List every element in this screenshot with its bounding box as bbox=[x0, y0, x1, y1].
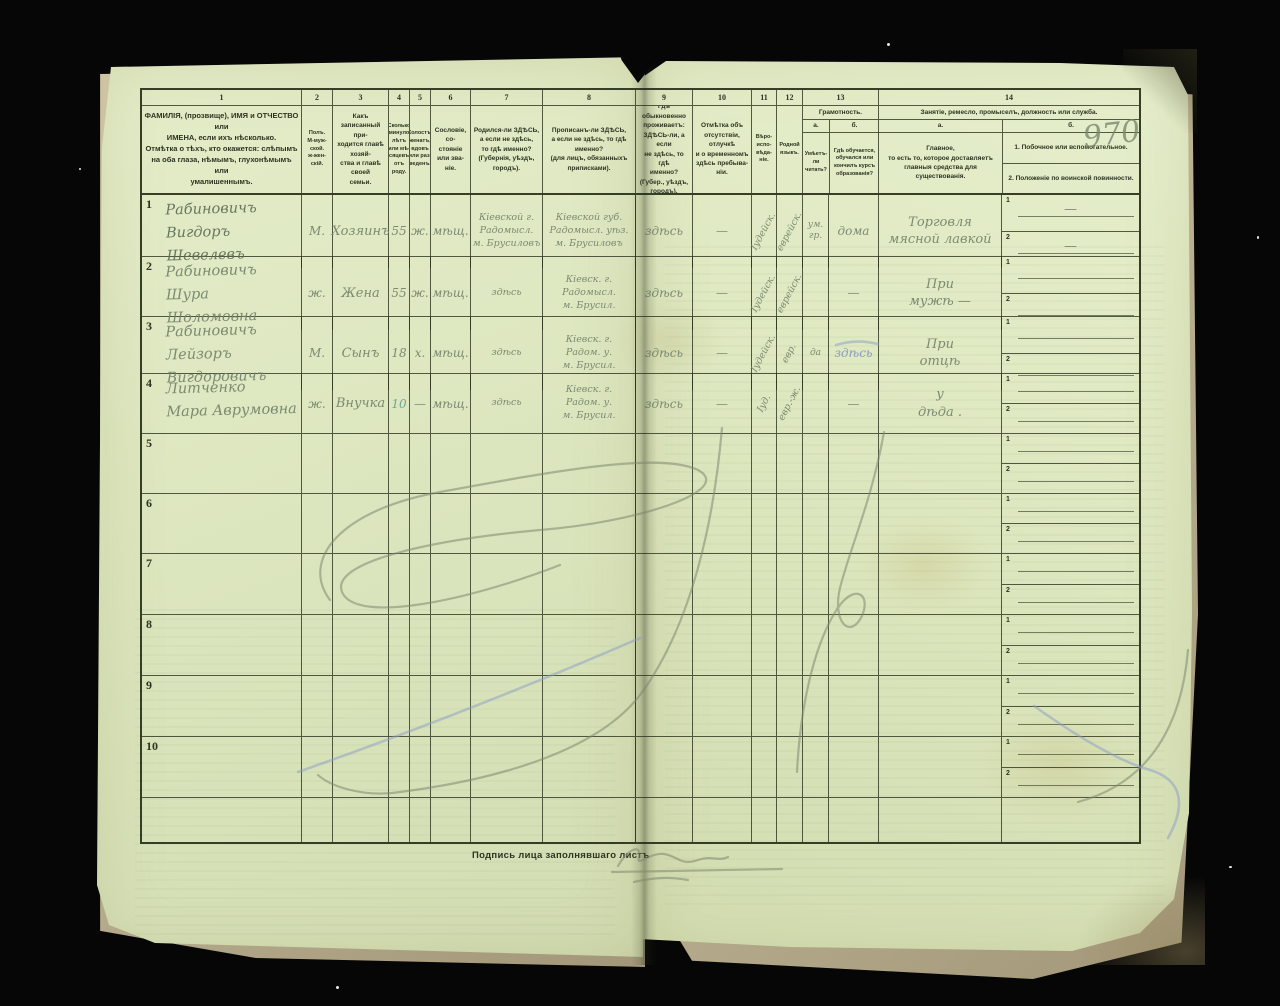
cell-side-occupation: 12 bbox=[1002, 434, 1139, 493]
book-fold-shadow bbox=[631, 51, 657, 965]
cell-sex bbox=[302, 615, 333, 675]
handwritten-value: 55 bbox=[391, 224, 406, 238]
handwritten-value: здѣсь bbox=[491, 287, 521, 300]
footer-cell bbox=[777, 798, 803, 842]
column-number: 13 bbox=[803, 90, 879, 105]
writing-line bbox=[1018, 391, 1134, 392]
header-literacy-where: Гдѣ обучается, обучался или кончилъ курс… bbox=[830, 133, 879, 193]
side-occupation-subcell: 1 bbox=[1002, 615, 1139, 646]
cell-reads bbox=[803, 494, 829, 553]
handwritten-name bbox=[142, 434, 166, 438]
open-ledger-book: 1 2 3 4 5 6 7 8 9 10 11 12 13 14 ФАМИЛІЯ… bbox=[95, 45, 1200, 970]
handwritten-name bbox=[142, 737, 166, 741]
cell-estate: мѣщ. bbox=[431, 374, 471, 433]
cell-studied bbox=[829, 554, 879, 614]
column-number: 12 bbox=[777, 90, 803, 105]
column-number: 3 bbox=[333, 90, 389, 105]
handwritten-name bbox=[142, 676, 166, 680]
cell-age bbox=[389, 494, 410, 553]
handwritten-value: у дѣда . bbox=[918, 386, 962, 421]
cell-occupation bbox=[879, 554, 1002, 614]
header-religion: Вѣро- испо- вѣда- ніе. bbox=[752, 106, 777, 193]
handwritten-value: Торговля мясной лавкой bbox=[888, 214, 991, 249]
cell-age: 10 bbox=[389, 374, 410, 433]
cell-occupation bbox=[879, 434, 1002, 493]
handwritten-value: евр. bbox=[780, 342, 799, 365]
handwritten-value: — bbox=[716, 397, 728, 411]
handwritten-value: При отцѣ bbox=[920, 336, 961, 371]
handwritten-value: дома bbox=[838, 224, 870, 238]
cell-absence bbox=[693, 676, 752, 736]
writing-line bbox=[1018, 571, 1134, 572]
handwritten-value: да bbox=[810, 348, 821, 359]
cell-absence bbox=[693, 737, 752, 797]
side-occupation-subcell: 1 bbox=[1002, 434, 1139, 464]
cell-side-occupation: 12 bbox=[1002, 615, 1139, 675]
cell-relation: Внучка bbox=[333, 374, 389, 433]
footer-cell bbox=[389, 798, 410, 842]
writing-line bbox=[1018, 278, 1134, 279]
column-number: 1 bbox=[142, 90, 302, 105]
footer-cell bbox=[829, 798, 879, 842]
row-number: 10 bbox=[146, 739, 158, 754]
page-number-handwritten: 970 bbox=[1081, 114, 1142, 156]
cell-occupation bbox=[879, 615, 1002, 675]
subrow-number: 1 bbox=[1006, 496, 1010, 503]
footer-cell bbox=[142, 798, 302, 842]
side-occupation-subcell: 1 bbox=[1002, 554, 1139, 585]
header-birthplace: Родился-ли ЗДѢСЬ, а если не здѣсь, то гд… bbox=[471, 106, 543, 193]
cell-language bbox=[777, 434, 803, 493]
handwritten-value: еврейск. bbox=[775, 210, 805, 253]
footer-cell bbox=[302, 798, 333, 842]
handwritten-value: здѣсь bbox=[835, 346, 873, 360]
cell-reads bbox=[803, 374, 829, 433]
footer-cell bbox=[471, 798, 543, 842]
header-literacy-b-letter: б. bbox=[830, 120, 879, 133]
scanned-census-sheet: 1 2 3 4 5 6 7 8 9 10 11 12 13 14 ФАМИЛІЯ… bbox=[0, 0, 1280, 1006]
subrow-number: 1 bbox=[1006, 376, 1010, 383]
writing-line bbox=[1018, 632, 1134, 633]
handwritten-value: евр.-ж. bbox=[776, 384, 803, 422]
cell-name: 10 bbox=[142, 737, 302, 797]
cell-registered: Кіевск. г. Радом. у. м. Брусил. bbox=[543, 374, 636, 433]
subrow-number: 1 bbox=[1006, 739, 1010, 746]
handwritten-value: мѣщ. bbox=[432, 397, 468, 411]
subrow-number: 1 bbox=[1006, 556, 1010, 563]
side-occupation-subcell: 1 bbox=[1002, 374, 1139, 404]
handwritten-value: Кіевской г. Радомысл. м. Брусиловъ bbox=[473, 212, 541, 250]
cell-marital: — bbox=[410, 374, 431, 433]
dust-speck bbox=[336, 986, 339, 989]
writing-line bbox=[1018, 481, 1134, 482]
cell-age bbox=[389, 676, 410, 736]
row-number: 6 bbox=[146, 496, 152, 511]
footer-cell bbox=[879, 798, 1002, 842]
column-number: 7 bbox=[471, 90, 543, 105]
header-occupation-military: 2. Положеніе по воинской повинности. bbox=[1003, 164, 1139, 194]
cell-name: 5 bbox=[142, 434, 302, 493]
handwritten-value: — bbox=[716, 346, 728, 360]
handwritten-value: Іудейск. bbox=[750, 333, 779, 374]
writing-line bbox=[1018, 315, 1134, 316]
cell-born bbox=[471, 434, 543, 493]
footer-cell bbox=[410, 798, 431, 842]
cell-age bbox=[389, 737, 410, 797]
subrow-number: 1 bbox=[1006, 259, 1010, 266]
row-number: 7 bbox=[146, 556, 152, 571]
writing-line bbox=[1018, 511, 1134, 512]
handwritten-value: 55 bbox=[391, 286, 406, 300]
cell-registered bbox=[543, 494, 636, 553]
cell-marital bbox=[410, 554, 431, 614]
writing-line bbox=[1018, 338, 1134, 339]
column-number: 8 bbox=[543, 90, 636, 105]
cell-name: 7 bbox=[142, 554, 302, 614]
cell-sex bbox=[302, 676, 333, 736]
footer-cell bbox=[333, 798, 389, 842]
cell-reads bbox=[803, 434, 829, 493]
cell-born bbox=[471, 554, 543, 614]
cell-relation bbox=[333, 737, 389, 797]
dust-speck bbox=[1257, 236, 1259, 239]
writing-line bbox=[1018, 602, 1134, 603]
cell-age bbox=[389, 434, 410, 493]
subrow-number: 2 bbox=[1006, 587, 1010, 594]
cell-occupation bbox=[879, 737, 1002, 797]
cell-language bbox=[777, 615, 803, 675]
handwritten-value: М. bbox=[309, 224, 325, 238]
handwritten-value: Іудейск. bbox=[750, 273, 779, 314]
handwritten-value: Внучка bbox=[336, 395, 385, 413]
handwritten-value: здѣсь bbox=[491, 397, 521, 410]
handwritten-name bbox=[142, 615, 166, 619]
cell-sex bbox=[302, 434, 333, 493]
cell-name: 6 bbox=[142, 494, 302, 553]
handwritten-name bbox=[142, 494, 166, 498]
cell-religion bbox=[752, 615, 777, 675]
cell-reads bbox=[803, 676, 829, 736]
header-marital: Холостъ, женатъ, вдовъ или раз- веденъ. bbox=[410, 106, 431, 193]
cell-age bbox=[389, 554, 410, 614]
column-number: 11 bbox=[752, 90, 777, 105]
handwritten-value: 18 bbox=[391, 346, 406, 360]
cell-name: 9 bbox=[142, 676, 302, 736]
cell-language bbox=[777, 494, 803, 553]
writing-line bbox=[1018, 451, 1134, 452]
handwritten-value: ж. bbox=[308, 397, 325, 411]
cell-religion bbox=[752, 554, 777, 614]
subrow-number: 2 bbox=[1006, 356, 1010, 363]
cell-language bbox=[777, 737, 803, 797]
cell-absence bbox=[693, 494, 752, 553]
subrow-number: 1 bbox=[1006, 678, 1010, 685]
column-number: 6 bbox=[431, 90, 471, 105]
cell-occupation bbox=[879, 494, 1002, 553]
cell-relation bbox=[333, 494, 389, 553]
handwritten-value: М. bbox=[309, 346, 325, 360]
column-number: 2 bbox=[302, 90, 333, 105]
header-registration: Прописанъ-ли ЗДѢСЬ, а если не здѣсь, то … bbox=[543, 106, 636, 193]
cell-studied bbox=[829, 615, 879, 675]
handwritten-value: здѣсь bbox=[491, 347, 521, 360]
side-occupation-subcell: 2 bbox=[1002, 585, 1139, 615]
cell-marital bbox=[410, 494, 431, 553]
cell-side-occupation: 12 bbox=[1002, 676, 1139, 736]
cell-estate bbox=[431, 434, 471, 493]
signature-label: Подпись лица заполнявшаго листъ bbox=[472, 850, 649, 861]
handwritten-name: Литченко Мара Аврумовна bbox=[141, 372, 297, 425]
cell-name: 8 bbox=[142, 615, 302, 675]
dust-speck bbox=[887, 43, 890, 46]
writing-line bbox=[1018, 663, 1134, 664]
handwritten-value: Іудейск. bbox=[750, 211, 779, 252]
footer-cell bbox=[431, 798, 471, 842]
cell-religion: Іуд. bbox=[752, 374, 777, 433]
footer-cell bbox=[543, 798, 636, 842]
cell-studied bbox=[829, 494, 879, 553]
header-relation: Какъ записанный при- ходится главѣ хозяй… bbox=[333, 106, 389, 193]
cell-estate bbox=[431, 615, 471, 675]
writing-line bbox=[1018, 693, 1134, 694]
cell-born bbox=[471, 676, 543, 736]
footer-cell bbox=[752, 798, 777, 842]
handwritten-value: — bbox=[716, 224, 728, 238]
handwritten-value: мѣщ. bbox=[432, 286, 468, 300]
cell-side-occupation: 12 bbox=[1002, 737, 1139, 797]
handwritten-value: Кіевск. г. Радомысл. м. Брусил. bbox=[562, 274, 616, 312]
cell-language: евр.-ж. bbox=[777, 374, 803, 433]
handwritten-value: мѣщ. bbox=[432, 346, 468, 360]
footer-cell bbox=[803, 798, 829, 842]
subrow-number: 1 bbox=[1006, 197, 1010, 204]
cell-occupation bbox=[879, 676, 1002, 736]
cell-studied bbox=[829, 737, 879, 797]
cell-absence bbox=[693, 615, 752, 675]
handwritten-value: — bbox=[848, 397, 860, 411]
side-occupation-subcell: 2 bbox=[1002, 768, 1139, 798]
handwritten-value: ум. гр. bbox=[808, 220, 824, 242]
writing-line bbox=[1018, 421, 1134, 422]
cell-relation bbox=[333, 676, 389, 736]
cell-reads bbox=[803, 737, 829, 797]
handwritten-value: — bbox=[716, 286, 728, 300]
cell-studied bbox=[829, 434, 879, 493]
cell-sex bbox=[302, 737, 333, 797]
handwritten-value: ж. bbox=[308, 286, 325, 300]
cell-marital bbox=[410, 434, 431, 493]
cell-absence: — bbox=[693, 374, 752, 433]
header-literacy: Грамотность. bbox=[803, 106, 878, 120]
handwritten-value: ж. bbox=[411, 224, 428, 238]
cell-estate bbox=[431, 737, 471, 797]
handwritten-value: еврейск. bbox=[775, 272, 805, 315]
row-number: 9 bbox=[146, 678, 152, 693]
cell-registered bbox=[543, 737, 636, 797]
cell-relation bbox=[333, 554, 389, 614]
handwritten-value: Сынъ bbox=[342, 345, 380, 363]
row-number: 8 bbox=[146, 617, 152, 632]
side-occupation-subcell: 2 bbox=[1002, 707, 1139, 737]
side-occupation-subcell: 1 bbox=[1002, 737, 1139, 768]
side-occupation-subcell: 1 bbox=[1002, 676, 1139, 707]
cell-age bbox=[389, 615, 410, 675]
column-number: 5 bbox=[410, 90, 431, 105]
cell-language bbox=[777, 554, 803, 614]
subrow-number: 1 bbox=[1006, 617, 1010, 624]
header-sex: Полъ. М-муж- ской. ж-жен- скій. bbox=[302, 106, 333, 193]
subrow-number: 2 bbox=[1006, 406, 1010, 413]
handwritten-value: При мужѣ — bbox=[909, 276, 971, 311]
cell-studied: — bbox=[829, 374, 879, 433]
handwritten-value: Кіевск. г. Радом. у. м. Брусил. bbox=[563, 334, 616, 372]
cell-marital bbox=[410, 615, 431, 675]
handwritten-value: — bbox=[1064, 239, 1077, 254]
cell-marital bbox=[410, 676, 431, 736]
row-number: 5 bbox=[146, 436, 152, 451]
column-number: 14 bbox=[879, 90, 1139, 105]
cell-reads bbox=[803, 615, 829, 675]
side-occupation-subcell: 1 bbox=[1002, 494, 1139, 524]
cell-religion bbox=[752, 676, 777, 736]
cell-registered bbox=[543, 434, 636, 493]
cell-relation bbox=[333, 434, 389, 493]
side-occupation-subcell: 1 bbox=[1002, 317, 1139, 354]
handwritten-value: — bbox=[414, 397, 426, 411]
handwritten-value: ж. bbox=[411, 286, 428, 300]
handwritten-value: Хозяинъ bbox=[331, 223, 389, 241]
handwritten-value: Кіевской губ. Радомысл. уѣз. м. Брусилов… bbox=[550, 212, 629, 250]
side-occupation-subcell: 1 bbox=[1002, 257, 1139, 294]
subrow-number: 2 bbox=[1006, 526, 1010, 533]
cell-language bbox=[777, 676, 803, 736]
header-occupation-main: Главное, то есть то, которое доставляетъ… bbox=[879, 133, 1002, 193]
handwritten-value: — bbox=[1064, 202, 1077, 217]
cell-religion bbox=[752, 494, 777, 553]
header-name: ФАМИЛІЯ, (прозвище), ИМЯ и ОТЧЕСТВО или … bbox=[142, 106, 302, 193]
cell-registered bbox=[543, 615, 636, 675]
cell-reads bbox=[803, 554, 829, 614]
footer-cell bbox=[1002, 798, 1139, 842]
cell-marital bbox=[410, 737, 431, 797]
header-estate: Сословіе, со- стояніе или зва- ніе. bbox=[431, 106, 471, 193]
worn-corner bbox=[1075, 875, 1205, 965]
handwritten-value: Кіевск. г. Радом. у. м. Брусил. bbox=[563, 384, 616, 422]
subrow-number: 2 bbox=[1006, 234, 1010, 241]
writing-line bbox=[1018, 541, 1134, 542]
writing-line bbox=[1018, 754, 1134, 755]
handwritten-value: х. bbox=[415, 346, 426, 360]
cell-estate bbox=[431, 676, 471, 736]
header-literacy-group: Грамотность. а. Умѣетъ- ли читать? б. Гд… bbox=[803, 106, 879, 193]
cell-sex bbox=[302, 554, 333, 614]
side-occupation-subcell: 2 bbox=[1002, 464, 1139, 493]
subrow-number: 1 bbox=[1006, 319, 1010, 326]
cell-absence bbox=[693, 554, 752, 614]
cell-born bbox=[471, 737, 543, 797]
cell-born bbox=[471, 615, 543, 675]
cell-sex bbox=[302, 494, 333, 553]
footer-cell bbox=[693, 798, 752, 842]
column-number: 10 bbox=[693, 90, 752, 105]
handwritten-name bbox=[142, 554, 166, 558]
writing-line bbox=[1018, 785, 1134, 786]
cell-occupation: у дѣда . bbox=[879, 374, 1002, 433]
cell-registered bbox=[543, 676, 636, 736]
subrow-number: 2 bbox=[1006, 770, 1010, 777]
cell-born bbox=[471, 494, 543, 553]
cell-absence bbox=[693, 434, 752, 493]
side-occupation-subcell: 2 bbox=[1002, 646, 1139, 676]
subrow-number: 2 bbox=[1006, 648, 1010, 655]
cell-registered bbox=[543, 554, 636, 614]
cell-studied bbox=[829, 676, 879, 736]
header-language: Родной языкъ. bbox=[777, 106, 803, 193]
handwritten-value: — bbox=[848, 286, 860, 300]
cell-side-occupation: 12 bbox=[1002, 374, 1139, 433]
side-occupation-subcell: 1— bbox=[1002, 195, 1139, 232]
side-occupation-subcell: 2 bbox=[1002, 404, 1139, 433]
cell-side-occupation: 12 bbox=[1002, 554, 1139, 614]
handwritten-value: мѣщ. bbox=[432, 224, 468, 238]
header-absence: Отмѣтка объ отсутствіи, отлучкѣ и о врем… bbox=[693, 106, 752, 193]
cell-relation bbox=[333, 615, 389, 675]
subrow-number: 1 bbox=[1006, 436, 1010, 443]
cell-religion bbox=[752, 737, 777, 797]
cell-name: 4Литченко Мара Аврумовна bbox=[142, 374, 302, 433]
cell-born: здѣсь bbox=[471, 374, 543, 433]
subrow-number: 2 bbox=[1006, 466, 1010, 473]
dust-speck bbox=[79, 168, 81, 170]
dust-speck bbox=[1229, 866, 1232, 868]
header-literacy-reads: Умѣетъ- ли читать? bbox=[803, 133, 829, 193]
handwritten-value: 10 bbox=[391, 397, 406, 411]
subrow-number: 2 bbox=[1006, 296, 1010, 303]
subrow-number: 2 bbox=[1006, 709, 1010, 716]
handwritten-value: Іуд. bbox=[755, 393, 773, 414]
side-occupation-subcell: 2 bbox=[1002, 524, 1139, 553]
header-occupation-a-letter: а. bbox=[879, 120, 1002, 133]
cell-sex: ж. bbox=[302, 374, 333, 433]
header-age: Сколько минуло лѣтъ или мѣ- сяцевъ отъ р… bbox=[389, 106, 410, 193]
handwritten-value: Жена bbox=[341, 285, 380, 303]
cell-estate bbox=[431, 494, 471, 553]
cell-estate bbox=[431, 554, 471, 614]
header-literacy-a-letter: а. bbox=[803, 120, 829, 133]
cell-side-occupation: 12 bbox=[1002, 494, 1139, 553]
writing-line bbox=[1018, 724, 1134, 725]
column-number: 4 bbox=[389, 90, 410, 105]
cell-religion bbox=[752, 434, 777, 493]
